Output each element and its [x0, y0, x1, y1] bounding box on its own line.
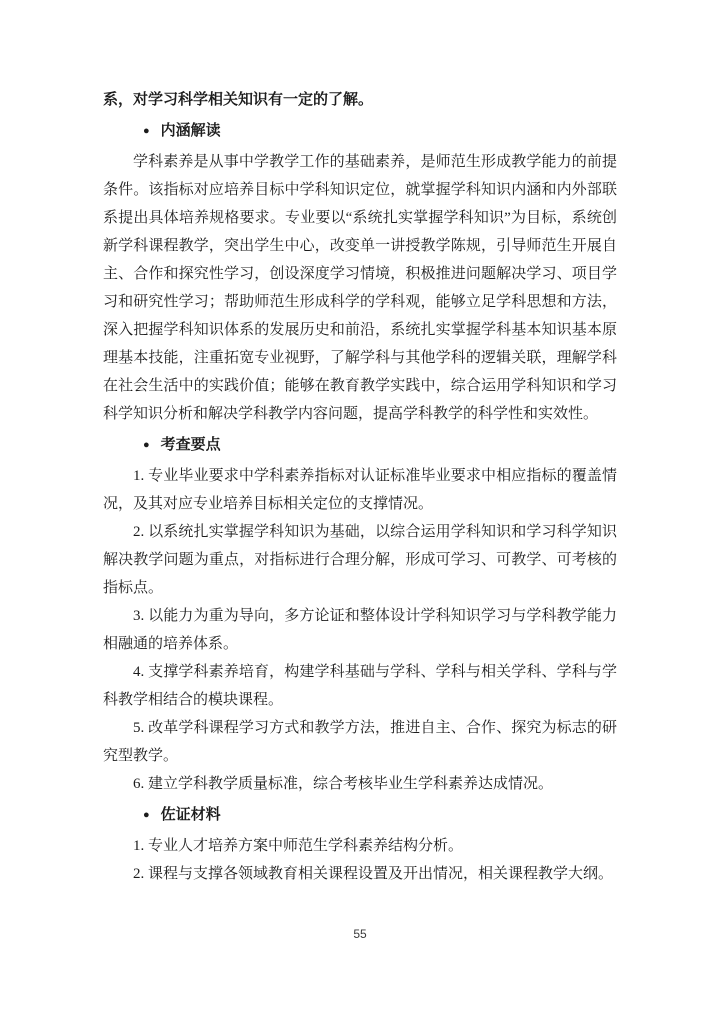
- list-item: 2. 课程与支撑各领域教育相关课程设置及开出情况，相关课程教学大纲。: [103, 860, 617, 888]
- section-heading-label: 考查要点: [161, 431, 221, 459]
- paragraph-continuation: 系，对学习科学相关知识有一定的了解。: [103, 86, 617, 114]
- section-heading-connotation: ● 内涵解读: [103, 117, 617, 145]
- list-item: 2. 以系统扎实掌握学科知识为基础，以综合运用学科知识和学习科学知识解决教学问题…: [103, 518, 617, 602]
- list-item: 4. 支撑学科素养培育，构建学科基础与学科、学科与相关学科、学科与学科教学相结合…: [103, 658, 617, 714]
- bullet-icon: ●: [143, 431, 150, 459]
- section-heading-supporting-materials: ● 佐证材料: [103, 801, 617, 829]
- list-item: 3. 以能力为重为导向，多方论证和整体设计学科知识学习与学科教学能力相融通的培养…: [103, 602, 617, 658]
- list-item: 6. 建立学科教学质量标准，综合考核毕业生学科素养达成情况。: [103, 770, 617, 798]
- page-number: 55: [0, 927, 720, 941]
- section-heading-review-points: ● 考查要点: [103, 431, 617, 459]
- bullet-icon: ●: [143, 801, 150, 829]
- list-item: 1. 专业毕业要求中学科素养指标对认证标准毕业要求中相应指标的覆盖情况，及其对应…: [103, 462, 617, 518]
- section-heading-label: 内涵解读: [161, 117, 221, 145]
- list-item: 5. 改革学科课程学习方式和教学方法，推进自主、合作、探究为标志的研究型教学。: [103, 714, 617, 770]
- body-paragraph: 学科素养是从事中学教学工作的基础素养，是师范生形成教学能力的前提条件。该指标对应…: [103, 148, 617, 428]
- document-page: 系，对学习科学相关知识有一定的了解。 ● 内涵解读 学科素养是从事中学教学工作的…: [0, 0, 720, 1018]
- bullet-icon: ●: [143, 117, 150, 145]
- list-item: 1. 专业人才培养方案中师范生学科素养结构分析。: [103, 832, 617, 860]
- section-heading-label: 佐证材料: [161, 801, 221, 829]
